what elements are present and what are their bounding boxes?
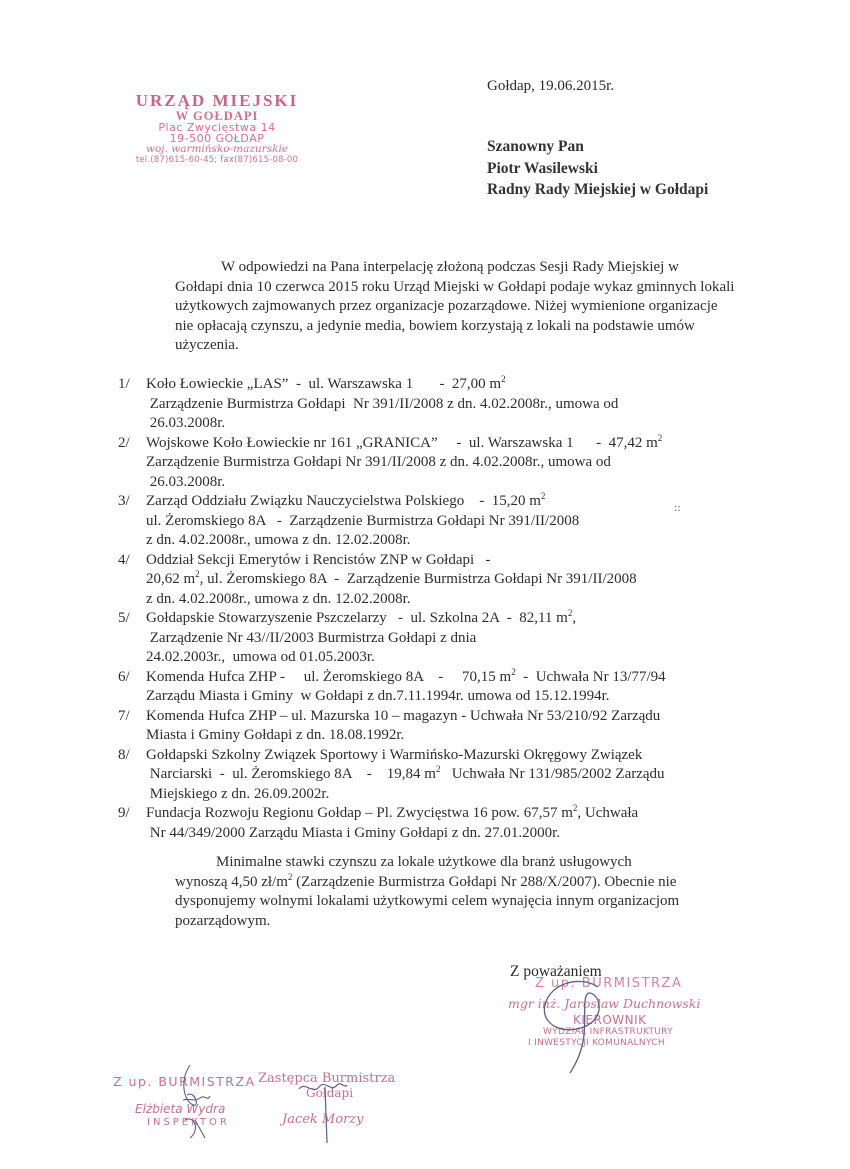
stamp-phone-fax: tel.(87)615-60-45; fax(87)615-08-00 <box>112 155 322 165</box>
item-number: 2/ <box>118 434 130 454</box>
rent-line: dysponujemy wolnymi lokalami użytkowymi … <box>175 892 735 912</box>
intro-line: nie opłacają czynszu, a jedynie media, b… <box>175 317 765 337</box>
item-line: Miejskiego z dn. 26.09.2002r. <box>146 785 758 805</box>
rent-line: Minimalne stawki czynszu za lokale użytk… <box>175 853 735 873</box>
right-stamp-name: mgr inż. Jarosław Duchnowski <box>508 996 700 1011</box>
stamp-office-name: URZĄD MIEJSKI <box>112 91 322 111</box>
premises-item: 3/Zarząd Oddziału Związku Nauczycielstwa… <box>118 492 758 551</box>
premises-list: 1/Koło Łowieckie „LAS” - ul. Warszawska … <box>118 375 758 843</box>
left-handwritten-signature <box>165 1060 225 1140</box>
middle-stamp-town: Gołdapi <box>306 1086 353 1100</box>
item-number: 6/ <box>118 668 130 688</box>
item-line: 26.03.2008r. <box>146 473 758 493</box>
premises-item: 9/Fundacja Rozwoju Regionu Gołdap – Pl. … <box>118 804 758 843</box>
premises-item: 6/Komenda Hufca ZHP - ul. Żeromskiego 8A… <box>118 668 758 707</box>
rent-line: pozarządowym. <box>175 912 735 932</box>
premises-item: 5/Gołdapskie Stowarzyszenie Pszczelarzy … <box>118 609 758 668</box>
stamp-voivodeship: woj. warmińsko-mazurskie <box>112 144 322 155</box>
intro-line: użytkowych zajmowanych przez organizacje… <box>175 297 765 317</box>
item-number: 5/ <box>118 609 130 629</box>
left-stamp-authority: Z up. BURMISTRZA <box>113 1074 256 1089</box>
item-number: 7/ <box>118 707 130 727</box>
item-number: 4/ <box>118 551 130 571</box>
intro-line: W odpowiedzi na Pana interpelację złożon… <box>175 258 765 278</box>
margin-mark: :: <box>674 503 681 514</box>
right-stamp-authority: Z up. BURMISTRZA <box>535 976 682 991</box>
rent-line: wynoszą 4,50 zł/m2 (Zarządzenie Burmistr… <box>175 873 735 893</box>
item-line: Narciarski - ul. Żeromskiego 8A - 19,84 … <box>146 765 758 785</box>
item-line: Koło Łowieckie „LAS” - ul. Warszawska 1 … <box>146 375 758 395</box>
premises-item: 7/Komenda Hufca ZHP – ul. Mazurska 10 – … <box>118 707 758 746</box>
right-stamp-department: WYDZIAŁ INFRASTRUKTURY <box>543 1027 673 1037</box>
item-number: 1/ <box>118 375 130 395</box>
premises-item: 2/Wojskowe Koło Łowieckie nr 161 „GRANIC… <box>118 434 758 493</box>
middle-stamp-name: Jacek Morzy <box>282 1112 364 1127</box>
item-line: Komenda Hufca ZHP - ul. Żeromskiego 8A -… <box>146 668 758 688</box>
premises-item: 8/Gołdapski Szkolny Związek Sportowy i W… <box>118 746 758 805</box>
intro-line: Gołdapi dnia 10 czerwca 2015 roku Urząd … <box>175 278 765 298</box>
right-stamp-department-2: I INWESTYCJI KOMUNALNYCH <box>528 1038 665 1048</box>
item-number: 3/ <box>118 492 130 512</box>
item-line: Fundacja Rozwoju Regionu Gołdap – Pl. Zw… <box>146 804 758 824</box>
intro-paragraph: W odpowiedzi na Pana interpelację złożon… <box>175 258 765 356</box>
item-line: 20,62 m2, ul. Żeromskiego 8A - Zarządzen… <box>146 570 758 590</box>
premises-item: 1/Koło Łowieckie „LAS” - ul. Warszawska … <box>118 375 758 434</box>
item-line: 24.02.2003r., umowa od 01.05.2003r. <box>146 648 758 668</box>
item-line: z dn. 4.02.2008r., umowa z dn. 12.02.200… <box>146 531 758 551</box>
item-line: Zarządzenie Burmistrza Gołdapi Nr 391/II… <box>146 453 758 473</box>
item-line: Gołdapski Szkolny Związek Sportowy i War… <box>146 746 758 766</box>
item-line: Komenda Hufca ZHP – ul. Mazurska 10 – ma… <box>146 707 758 727</box>
item-line: Miasta i Gminy Gołdapi z dn. 18.08.1992r… <box>146 726 758 746</box>
right-stamp-position: KIEROWNIK <box>573 1013 647 1027</box>
item-line: Wojskowe Koło Łowieckie nr 161 „GRANICA”… <box>146 434 758 454</box>
item-line: Nr 44/349/2000 Zarządu Miasta i Gminy Go… <box>146 824 758 844</box>
item-line: 26.03.2008r. <box>146 414 758 434</box>
addressee-title: Radny Rady Miejskiej w Gołdapi <box>487 179 708 201</box>
intro-line: użyczenia. <box>175 336 765 356</box>
letter-date: Gołdap, 19.06.2015r. <box>487 78 614 95</box>
item-number: 8/ <box>118 746 130 766</box>
addressee-name: Piotr Wasilewski <box>487 158 708 180</box>
addressee-block: Szanowny Pan Piotr Wasilewski Radny Rady… <box>487 136 708 201</box>
premises-item: 4/Oddział Sekcji Emerytów i Rencistów ZN… <box>118 551 758 610</box>
rent-paragraph: Minimalne stawki czynszu za lokale użytk… <box>175 853 735 931</box>
item-number: 9/ <box>118 804 130 824</box>
item-line: Zarząd Oddziału Związku Nauczycielstwa P… <box>146 492 758 512</box>
left-stamp-name: Elżbieta Wydra <box>135 1102 225 1116</box>
left-stamp-position: INSPEKTOR <box>147 1117 230 1128</box>
item-line: z dn. 4.02.2008r., umowa z dn. 12.02.200… <box>146 590 758 610</box>
middle-stamp-title: Zastępca Burmistrza <box>258 1071 395 1086</box>
addressee-salutation: Szanowny Pan <box>487 136 708 158</box>
item-line: Zarządzenie Nr 43//II/2003 Burmistrza Go… <box>146 629 758 649</box>
item-line: Zarządzenie Burmistrza Gołdapi Nr 391/II… <box>146 395 758 415</box>
item-line: Zarządu Miasta i Gminy w Gołdapi z dn.7.… <box>146 687 758 707</box>
letterhead-stamp: URZĄD MIEJSKI W GOŁDAPI Plac Zwycięstwa … <box>112 91 322 165</box>
item-line: Gołdapskie Stowarzyszenie Pszczelarzy - … <box>146 609 758 629</box>
item-line: Oddział Sekcji Emerytów i Rencistów ZNP … <box>146 551 758 571</box>
item-line: ul. Żeromskiego 8A - Zarządzenie Burmist… <box>146 512 758 532</box>
